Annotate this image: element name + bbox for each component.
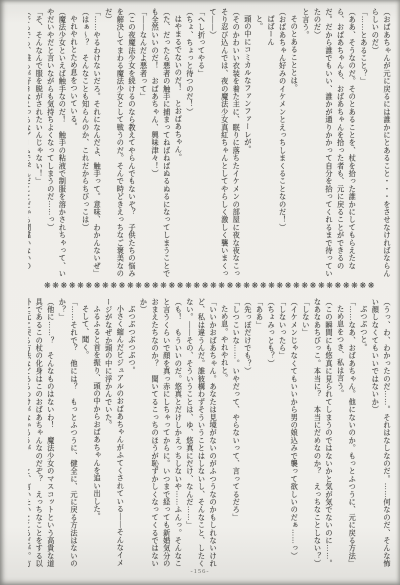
- text-paragraph: 「……なあ、おばあちゃん。他にないのか。もっとふつうに、元に戻る方法」: [346, 298, 358, 572]
- text-paragraph: （ちょみっとも？）: [264, 298, 276, 572]
- text-paragraph: 「そ、そんなんで服を脱がされたいんじゃない！」: [33, 8, 45, 282]
- text-paragraph: 「しつこいな……。いやだって、やらないって、言ってるだろ」: [230, 298, 242, 572]
- text-paragraph: （他に……？ そんなものはないわ！ 魔法少女のマスコットという高貴な道具であるこ…: [28, 298, 56, 572]
- text-paragraph: （この夜魔法少女を続けるのなら教えてやらんでもないぞ？ 子供たちの悩みを解決して…: [102, 8, 137, 282]
- bottom-text-block: （うっ、わ、わかったのだ……。それはなしなのだ。……何なのだ、そんな怖い顔しなく…: [28, 298, 392, 572]
- text-paragraph: と。: [253, 8, 265, 282]
- flower-separator: ❋❋❋❋❋❋❋❋❋❋❋❋❋❋❋❋❋❋❋❋❋❋❋❋❋❋❋❋❋❋❋❋❋❋❋❋❋❋❋❋: [26, 278, 394, 294]
- text-paragraph: （おばあちゃん好みのイケメンとえっちしまくることなのだ！）: [276, 8, 288, 282]
- text-paragraph: （た、だったら悪者の触手に捕まってねばねばぬるぬるになってしまうことでも全然いい…: [149, 8, 172, 282]
- text-paragraph: ばばーん: [264, 8, 276, 282]
- text-paragraph: （そのかわいい衣装を着た主に、眠りに落ちたイケメンの部屋に夜な夜なこっそり忍び込…: [207, 8, 242, 282]
- top-text-block: （おばあちゃんが元に戻るには誰かにとあること・・・をさせなければならんらしいのだ…: [28, 8, 392, 282]
- text-paragraph: ため息をつき、私は言う。: [334, 298, 346, 572]
- text-paragraph: ため息。やれやれと。: [218, 298, 230, 572]
- text-paragraph: そして、聞く。: [79, 298, 91, 572]
- text-paragraph: ぶつぶつぶつぶつ。: [125, 298, 137, 572]
- text-paragraph: 頭の中にコミカルなファンファーレが。: [241, 8, 253, 282]
- text-paragraph: 「へし折ってやる」: [195, 8, 207, 282]
- text-paragraph: （はぁ～？ そんなことも知らんのか、これだからちびっこは）: [79, 8, 91, 282]
- text-paragraph: そのとあることとは。: [288, 8, 300, 282]
- text-paragraph: 「しないったら」: [276, 298, 288, 572]
- text-paragraph: 「ああ」: [253, 298, 265, 572]
- text-paragraph: 「……とあること？」: [357, 8, 369, 282]
- text-paragraph: やれやれとため息をついている。: [67, 8, 79, 282]
- text-paragraph: と言う。: [299, 8, 311, 282]
- text-paragraph: 「……それで？ 他には？ もっとふつうに、健全に、元に戻る方法はないのか？」: [56, 298, 79, 572]
- text-paragraph: （イケメンじゃなくてもいいから男の娘込みで襲って欲しいのだぁ……っ）: [288, 298, 300, 572]
- text-paragraph: （この瞬間にも悠真に見られてしまうのではないかと気が気でないのに……。なあなあち…: [311, 298, 334, 572]
- text-paragraph: 小さく縮んだビジュアルのおばあちゃんがふてくされている――そんなイメージがなぜか…: [102, 298, 125, 572]
- text-paragraph: （でもでも、誰もが好きなえっちなゲームで学んだことだから間違いないのだ！ で、杖…: [28, 8, 33, 282]
- page-number: -156-: [0, 568, 400, 575]
- text-paragraph: 「しない」: [299, 298, 311, 572]
- text-paragraph: （うっ、わ、わかったのだ……。それはなしなのだ。……何なのだ、そんな怖い顔しなく…: [369, 298, 392, 572]
- text-paragraph: 「――なんだよ悪者って」: [137, 8, 149, 282]
- text-paragraph: （先っぽだけでも？）: [241, 298, 253, 572]
- text-paragraph: （おばあちゃんが元に戻るには誰かにとあること・・・をさせなければならんらしいのだ…: [369, 8, 392, 282]
- text-paragraph: （魔法少女といえば触手なのだ！ 触手の粘液で制服を溶かされちゃって、いやだいやだ…: [44, 8, 67, 282]
- book-page-scan: （おばあちゃんが元に戻るには誰かにとあること・・・をさせなければならんらしいのだ…: [0, 0, 400, 585]
- text-paragraph: ぶつぶつと。: [357, 298, 369, 572]
- text-paragraph: 「……やるわけないだろ。それになんだよ、触手って。意味、わかんないぜ」: [91, 8, 103, 282]
- text-paragraph: （も！ もういいのだ。悠真とだけしかえっちしないや……ふんっ。そんなこと言うくら…: [137, 298, 183, 572]
- text-paragraph: はやまるでないのだ！ とおばあちゃん。: [172, 8, 184, 282]
- text-paragraph: （ちょ、ちょっと待つのだ！）: [183, 8, 195, 282]
- text-paragraph: ふるふると首を振り、頭の中からおばあちゃんを追い出した。: [91, 298, 103, 572]
- text-paragraph: （ああ、そうなのだ。そのとあることを、杖を拾った誰かにしてもらえたなら、おばあち…: [311, 8, 357, 282]
- text-paragraph: 「いいかおばあちゃん。あなたは見境がないのがふつうなのかもしれないけれど、私は違…: [183, 298, 218, 572]
